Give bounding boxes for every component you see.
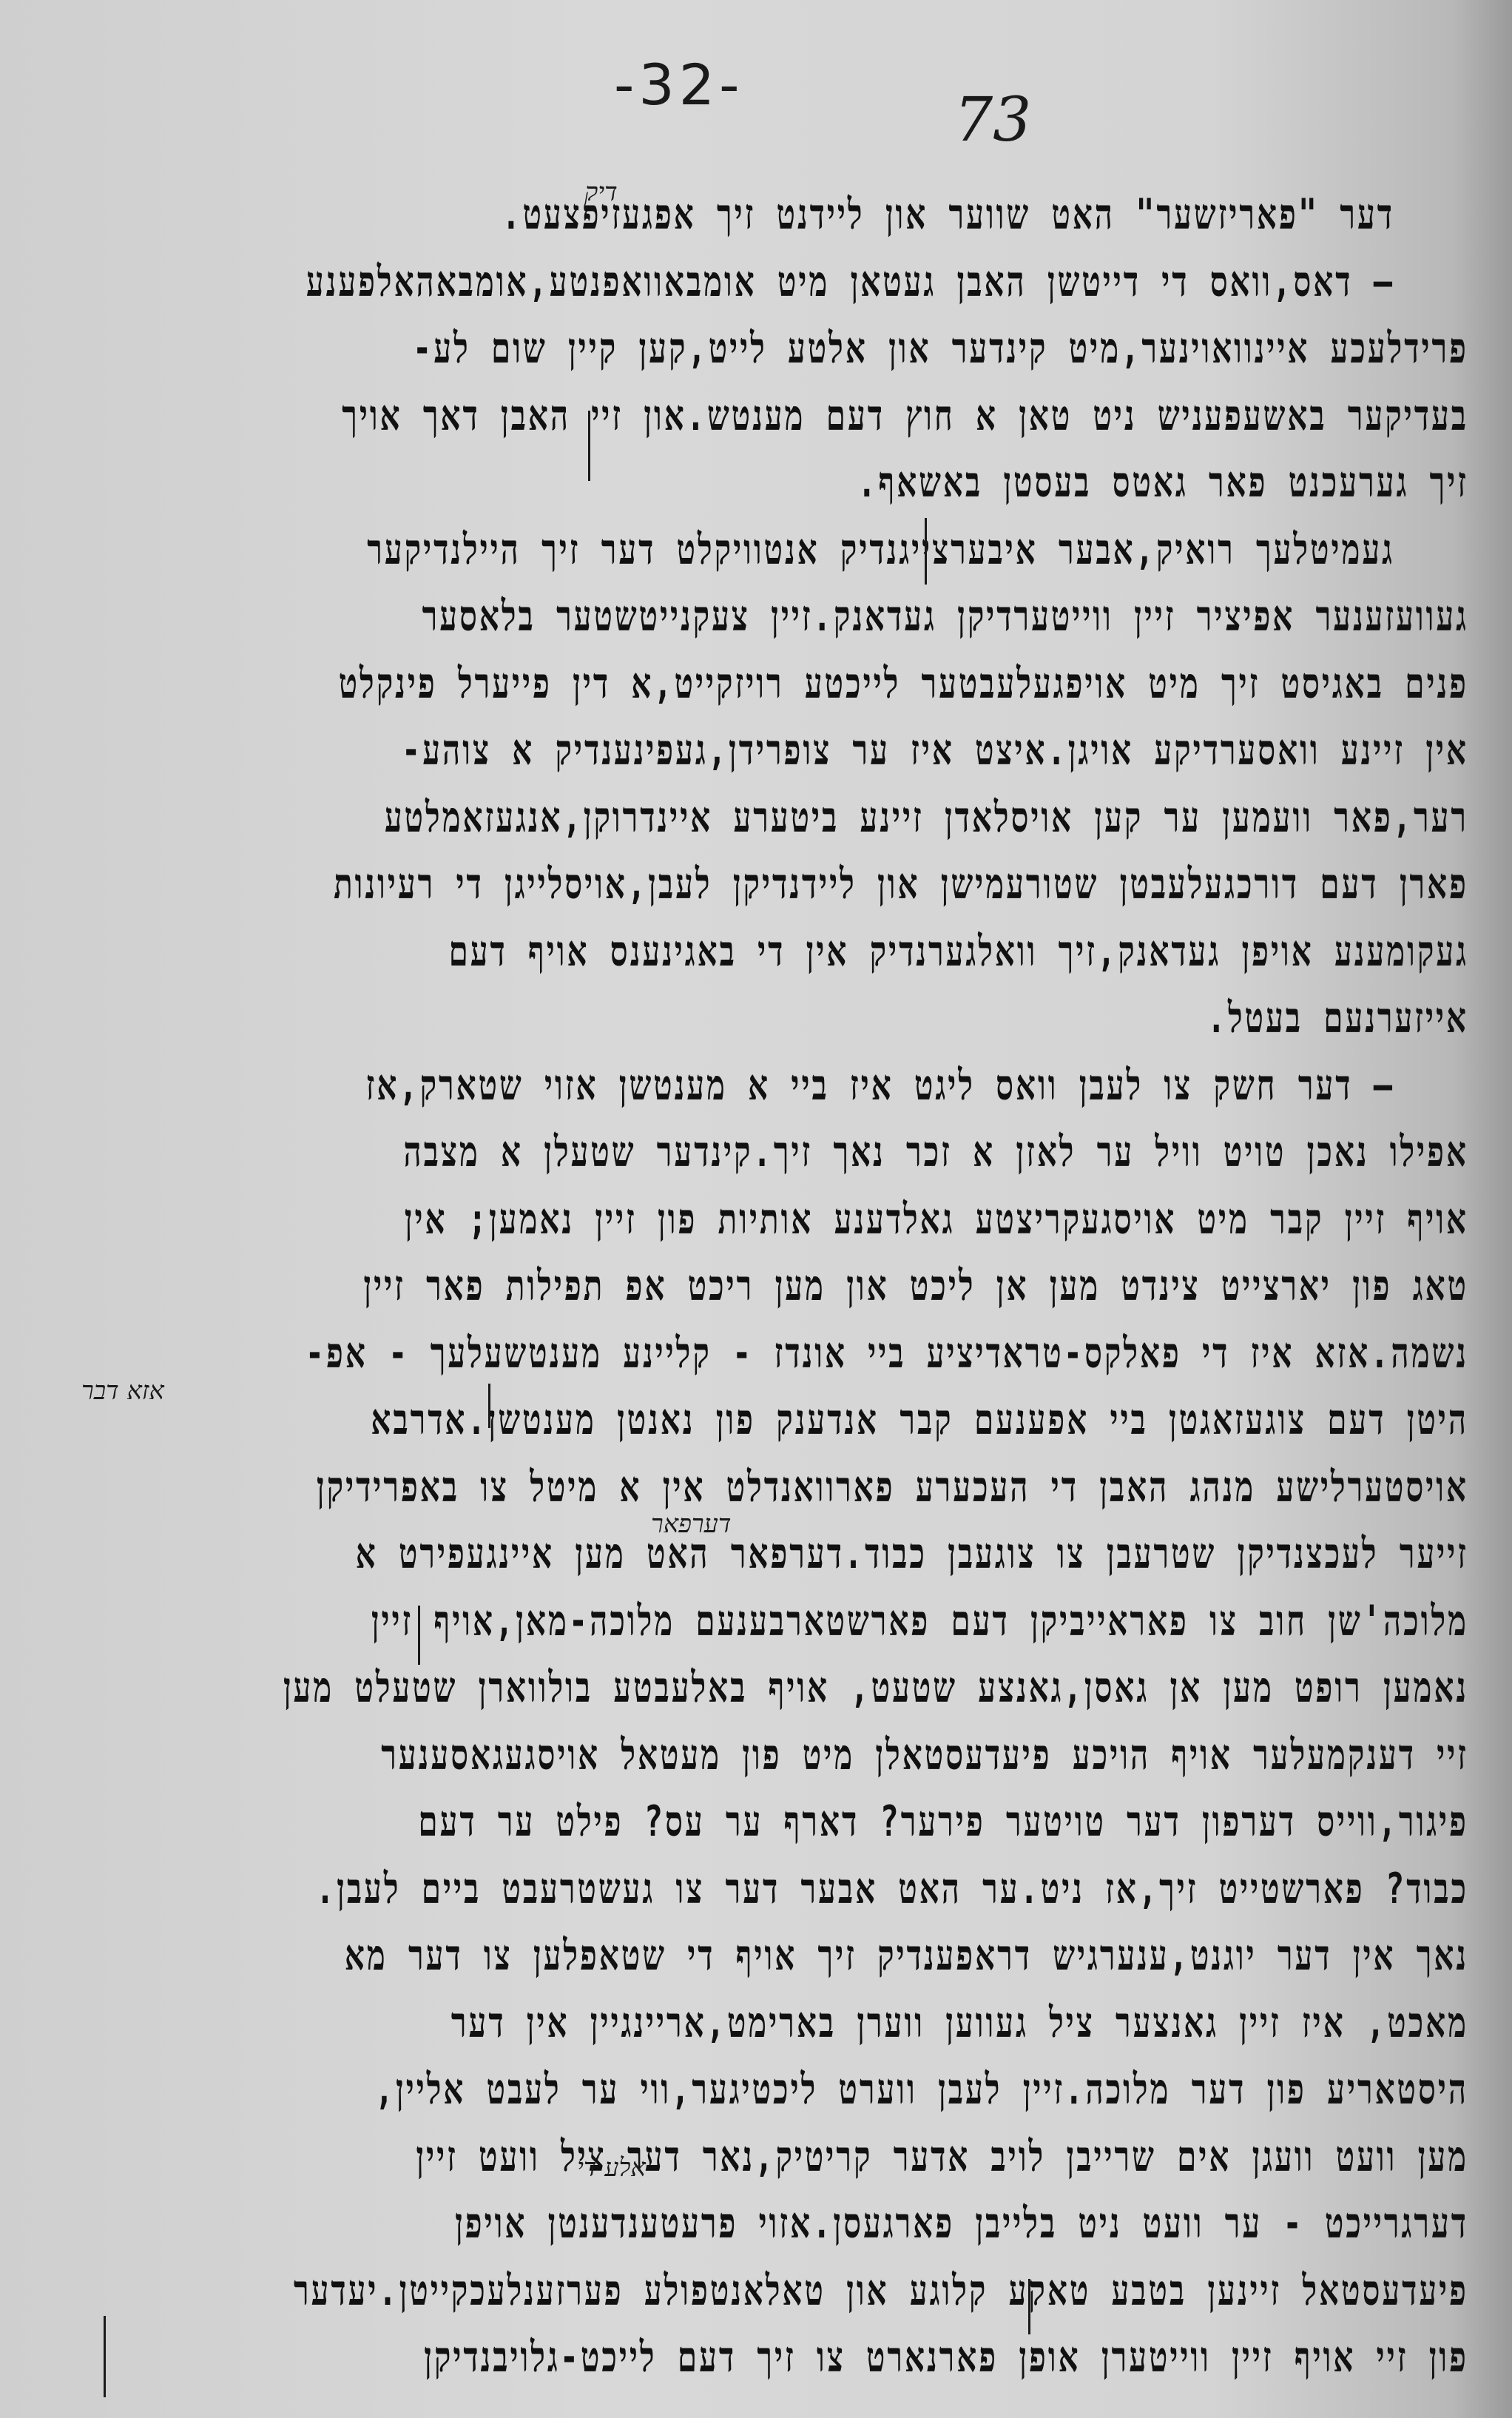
insertion-mark — [418, 1606, 420, 1665]
page-number: -32- — [614, 52, 744, 118]
insertion-mark — [488, 1384, 490, 1428]
insertion-mark — [588, 411, 590, 481]
insertion-mark — [925, 518, 927, 585]
handwritten-correction: דיק — [584, 178, 618, 207]
handwritten-correction: אלע די — [577, 2153, 646, 2183]
handwritten-correction: אזא דבר — [81, 1376, 164, 1406]
typewritten-text-body: דער "פאריזשער" האט שווער און ליידנט זיך … — [30, 181, 1468, 2391]
text-line: פון זיי אויף זיין ווייטערן אופן פארנארט … — [30, 2312, 1468, 2402]
insertion-mark — [1028, 2279, 1030, 2334]
handwritten-correction: דערפאר — [651, 1509, 731, 1539]
folio-number-handwritten: 73 — [954, 85, 1031, 155]
insertion-mark — [104, 2316, 106, 2397]
